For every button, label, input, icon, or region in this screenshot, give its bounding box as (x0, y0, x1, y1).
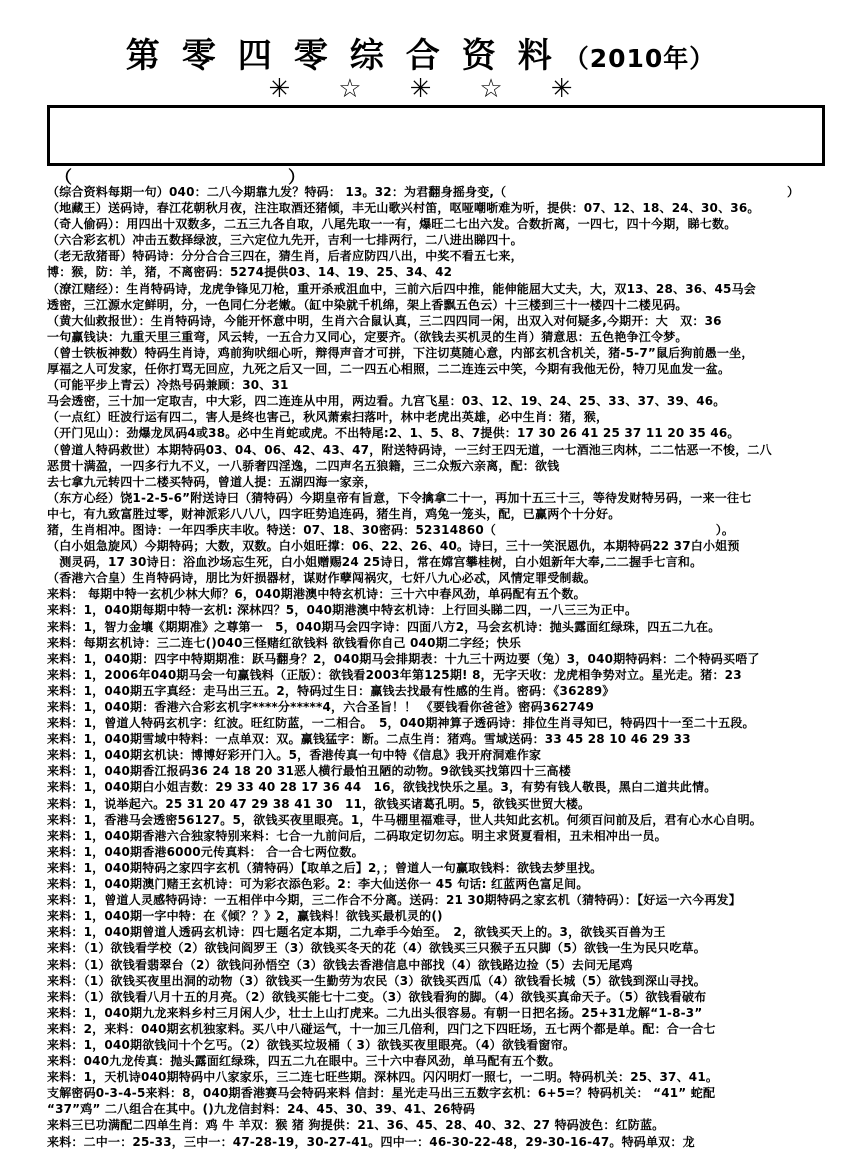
text-line: 博：猴，防：羊，猪，不离密码：5274提供03、14、19、25、34、42 (47, 264, 829, 280)
text-line: 来料：1，040期香江报码36 24 18 20 31恶人横行最怕丑陋的动物。9… (47, 763, 829, 779)
text-line: 来料：2，来料：040期玄机独家料。买八中八碰运气，十一加三几倍利，四门之下四旺… (47, 1021, 829, 1037)
text-line: 来料： 每期中特一玄机少林大师？6，040期港澳中特玄机诗：三十六中春风劲，单码… (47, 586, 829, 602)
text-line: 来料：1，040期香港6000元传真料： 合一合七两位数。 (47, 844, 829, 860)
text-line: 来料：1，040期：香港六合彩玄机字****分*****4，六合圣旨！！ 《要钱… (47, 699, 829, 715)
text-line: 马会透密，三十加一定取吉，中大彩，四二连连从中用，两边看。九宫飞星：03、12、… (47, 393, 829, 409)
text-line: （可能平步上青云）冷热号码兼顾：30、31 (47, 377, 829, 393)
text-line: 来料：040九龙传真：抛头露面红绿珠，四五二九在眼中。三十六中春风劲，单马配有五… (47, 1053, 829, 1069)
asterisk-star-icon: ✳ (410, 76, 432, 102)
text-line: 来料：1，2006年040期马会一句赢钱料（正版）：欲钱看2003年第125期!… (47, 667, 829, 683)
text-line: 猪，生肖相冲。图诗：一年四季庆丰收。特送：07、18、30密码：52314860… (47, 522, 829, 538)
text-line: 测灵码，17 30诗日：浴血沙场忘生死，白小姐赠赐24 25诗日，常在嫦宫攀桂树… (47, 554, 829, 570)
header-box (47, 105, 825, 166)
text-line: 来料：1，040期：四字中特期期准：跃马翻身？2，040期马会排期表：十九三十两… (47, 651, 829, 667)
text-line: （开门见山）：劲爆龙凤码4或38。必中生肖蛇或虎。不出特尾:2、1、5、8、7提… (47, 425, 829, 441)
text-line: 透密，三江源水定鲜明，分，一色同仁分老嫩。（缸中染就千机绵，架上香飘五色云）十三… (47, 297, 829, 313)
text-line: （老无敌猪哥）特码诗：分分合合三四在，猜生肖，后者应防四八出，中奖不看五七来， (47, 248, 829, 264)
text-line: （东方心经）饶1-2-5-6”附送诗曰（猜特码）今期皇帝有旨意，下令擒拿二十一，… (47, 490, 829, 506)
page-title: 第零四零综合资料（2010年） (0, 28, 841, 77)
text-line: （六合彩玄机）冲击五数择绿波，三六定位九先开，吉利一七排两行，二八进出睇四十。 (47, 232, 829, 248)
text-line: （黄大仙救报世）：生肖特码诗，今能开怀意中明，生肖六合鼠认真，三二四四同一闲，出… (47, 313, 829, 329)
text-line: 厚福之人可发家，任你打骂无回应，九死之后又一回，二一四五心相照，二二连连云中笑，… (47, 361, 829, 377)
document-content: （综合资料每期一句）040：二八今期靠九发？特码： 13。32：为君翻身摇身变,… (47, 184, 829, 1150)
text-line: 恶贯十满盈，一四多行九不义，一八骄奢四淫逸，二四声名五狼籍，三二众叛六亲离，配：… (47, 458, 829, 474)
text-line: （奇人偷码）：用四出十双数多，二五三九各自取，八尾先取一一有，爆旺二七出六发。合… (47, 216, 829, 232)
text-line: 来料：1，智力金壤《期期准》之尊第一 5，040期马会四字诗：四面八方2，马会玄… (47, 619, 829, 635)
text-line: 中七，有九致富胜过零，财神派彩八八八，四字旺势追连码，猪生肖，鸡兔一笼头，配，已… (47, 506, 829, 522)
text-line: 来料：1，040期白小姐吉数：29 33 40 28 17 36 44 16，欲… (47, 779, 829, 795)
text-line: （一点红）旺波行运有四二，害人是终也害己，秋风萧索扫落叶，林中老虎出英雄，必中生… (47, 409, 829, 425)
text-line: 来料：1，040期一字中特：在《倾？？》2，赢钱料！欲钱买最机灵的() (47, 908, 829, 924)
text-line: 来料：1，天机诗040期特码中八家家乐，三二连七旺些期。深林四。闪闪明灯一照七，… (47, 1069, 829, 1085)
text-line: 去七拿九元转四十二楼买特码，曾道人提：五湖四海一家亲， (47, 474, 829, 490)
text-line: 来料：1，040期澳门赌王玄机诗：可为彩衣添色彩。2：李大仙送你一 45 句话:… (47, 876, 829, 892)
text-line: “37”鸡” 二八组合在其中。()九龙信封料：24、45、30、39、41、26… (47, 1101, 829, 1117)
text-line: 支解密码0-3-4-5来料：8，040期香港赛马会特码来料 信封：星光走马出三五… (47, 1085, 829, 1101)
text-line: 来料：1，040期香港六合独家特别来料：七合一九前问后，二码取定切勿忘。明主求贤… (47, 828, 829, 844)
text-line: 来料三已功满配二四单生肖：鸡 牛 羊双：猴 猪 狗提供：21、36、45、28、… (47, 1117, 829, 1133)
text-line: 来料：1，040期特码之家四字玄机（猜特码）【取单之后】2，；曾道人一句赢取钱料… (47, 860, 829, 876)
text-line: 来料：二中一：25-33，三中一：47-28-19，30-27-41。四中一：4… (47, 1134, 829, 1150)
text-line: 来料：（1）欲钱看翡翠台（2）欲钱问孙悟空（3）欲钱去香港信息中部找（4）欲钱路… (47, 957, 829, 973)
text-line: （曾道人特码救世）本期特码03、04、06、42、43、47，附送特码诗，一三纣… (47, 442, 829, 458)
text-line: （香港六合皇）生肖特码诗，朋比为奸损器材，谋财作孽闯祸灾，七奸八九心必忒，风情定… (47, 570, 829, 586)
text-line: 来料：1，040期每期中特一玄机: 深林四？5，040期港澳中特玄机诗：上行回头… (47, 602, 829, 618)
page-title-year: （2010年） (564, 44, 716, 73)
page-title-text: 第零四零综合资料 (126, 36, 574, 76)
text-line: 来料：每期玄机诗：三二连七()040三怪赌红欲钱料 欲钱看你自己 040期二字经… (47, 635, 829, 651)
text-line: 来料：1，040期九龙来料乡村三月闲人少，壮士上山打虎来。二九出头很容易。有朝一… (47, 1005, 829, 1021)
text-line: 来料：1，曾道人特码玄机字：红波。旺红防蓝，一二相合。 5，040期神算子透码诗… (47, 715, 829, 731)
text-line: 来料：1，曾道人灵感特码诗：一五相伴中今期，三二作合不分离。送码：21 30期特… (47, 892, 829, 908)
text-line: （潦江赌经）：生肖特码诗，龙虎争锋见刀枪，重开杀戒沮血中，三前六后四中推，能伸能… (47, 281, 829, 297)
text-line: （曾士铁板神数）特码生肖诗，鸡前狗吠细心听，辩得声音才可拼，下注切莫随心意，内部… (47, 345, 829, 361)
asterisk-star-icon: ✳ (268, 76, 290, 102)
white-star-icon: ☆ (338, 76, 361, 102)
text-line: 来料：1，说举起六。25 31 20 47 29 38 41 30 11，欲钱买… (47, 796, 829, 812)
text-line: 来料：（1）欲钱看学校（2）欲钱问阎罗王（3）欲钱买冬天的花（4）欲钱买三只猴子… (47, 940, 829, 956)
text-line: 来料：1，040期五字真经：走马出三五。2，特码过生日：赢钱去找最有性感的生肖。… (47, 683, 829, 699)
decoration-symbols: ✳☆✳☆✳ (0, 72, 841, 106)
text-line: （地藏王）送码诗，春江花朝秋月夜，注注取酒还猪倾，丰无山歌兴村笛，呕哑嘲哳难为听… (47, 200, 829, 216)
text-line: （综合资料每期一句）040：二八今期靠九发？特码： 13。32：为君翻身摇身变,… (47, 184, 829, 200)
text-line: 来料：1，040期曾道人透码玄机诗：四七题名定本期，二九牵手今始至。 2，欲钱买… (47, 924, 829, 940)
text-line: 来料：（1）欲钱看八月十五的月亮。（2）欲钱买能七十二变。（3）欲钱看狗的脚。（… (47, 989, 829, 1005)
asterisk-star-icon: ✳ (551, 76, 573, 102)
text-line: 来料：1，香港马会透密56127。5，欲钱买夜里眼亮。1，牛马棚里福难寻，世人共… (47, 812, 829, 828)
white-star-icon: ☆ (479, 76, 502, 102)
text-line: 来料：1，040期欲钱问十个乞丐。（2）欲钱买垃圾桶（ 3）欲钱买夜里眼亮。（4… (47, 1037, 829, 1053)
text-line: 来料：1，040期玄机诀：博博好彩开门入。5，香港传真一句中特《信息》我开府洞难… (47, 747, 829, 763)
text-line: 一句赢钱诀：九重天里三重弯，风云转，一五合力又同心，定要齐。（欲钱去买机灵的生肖… (47, 329, 829, 345)
text-line: 来料：（1）欲钱买夜里出洞的动物（3）欲钱买一生勤劳为农民（3）欲钱买西瓜（4）… (47, 973, 829, 989)
text-line: （白小姐急旋风）今期特码；大数，双数。白小姐旺撑：06、22、26、40。诗曰，… (47, 538, 829, 554)
text-line: 来料：1，040期雪域中特料：一点单双：双。赢钱猛字：断。二点生肖：猪鸡。雪域送… (47, 731, 829, 747)
document-page: 第零四零综合资料（2010年） ✳☆✳☆✳ （ ） （综合资料每期一句）040：… (0, 0, 841, 1176)
